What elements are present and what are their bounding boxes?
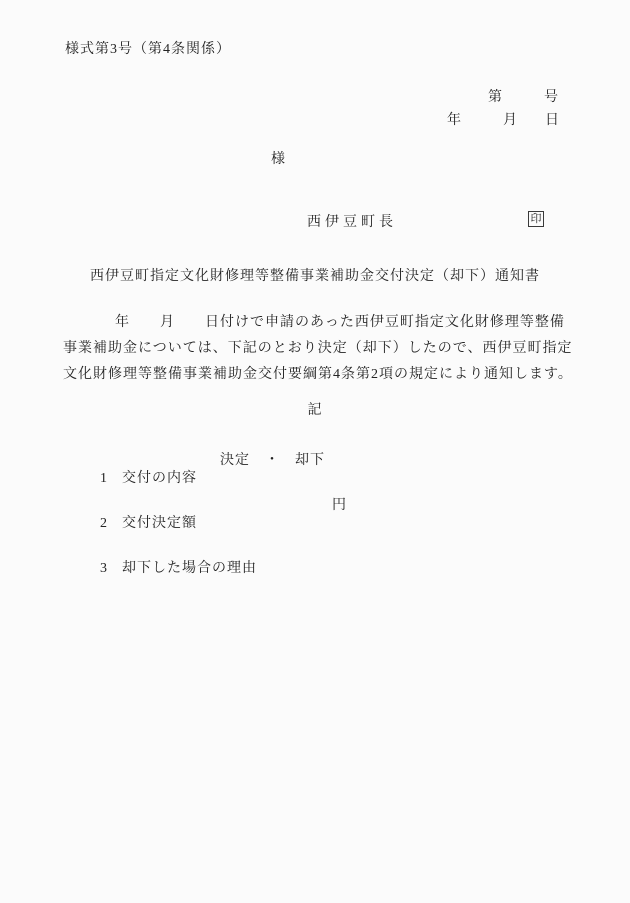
- recipient-honorific: 様: [271, 151, 286, 169]
- document-title: 西伊豆町指定文化財修理等整備事業補助金交付決定（却下）通知書: [0, 268, 630, 286]
- issue-date-line: 年 月 日: [447, 112, 559, 130]
- body-line-1: 年 月 日付けで申請のあった西伊豆町指定文化財修理等整備: [115, 314, 565, 332]
- record-marker: 記: [0, 402, 630, 420]
- item-label: 交付決定額: [122, 516, 197, 531]
- body-line-3: 文化財修理等整備事業補助金交付要綱第4条第2項の規定により通知します。: [63, 366, 573, 384]
- item-number: 3: [100, 560, 122, 578]
- body-line-2: 事業補助金については、下記のとおり決定（却下）したので、西伊豆町指定: [63, 340, 572, 358]
- document-number-line: 第 号: [488, 89, 558, 107]
- item-number: 2: [100, 515, 122, 533]
- seal-character: 印: [531, 214, 542, 225]
- item-value: 決定 ・ 却下: [220, 452, 325, 470]
- seal-mark: 印: [528, 211, 544, 227]
- item-value: 円: [332, 497, 347, 515]
- item-rejection-reason: 3却下した場合の理由: [82, 542, 257, 596]
- form-number: 様式第3号（第4条関係）: [65, 41, 231, 59]
- sender-title: 西伊豆町長: [307, 214, 397, 232]
- document-page: 様式第3号（第4条関係） 第 号 年 月 日 様 西伊豆町長 印 西伊豆町指定文…: [0, 0, 630, 903]
- item-label: 交付の内容: [122, 471, 197, 486]
- item-number: 1: [100, 470, 122, 488]
- item-label: 却下した場合の理由: [122, 561, 257, 576]
